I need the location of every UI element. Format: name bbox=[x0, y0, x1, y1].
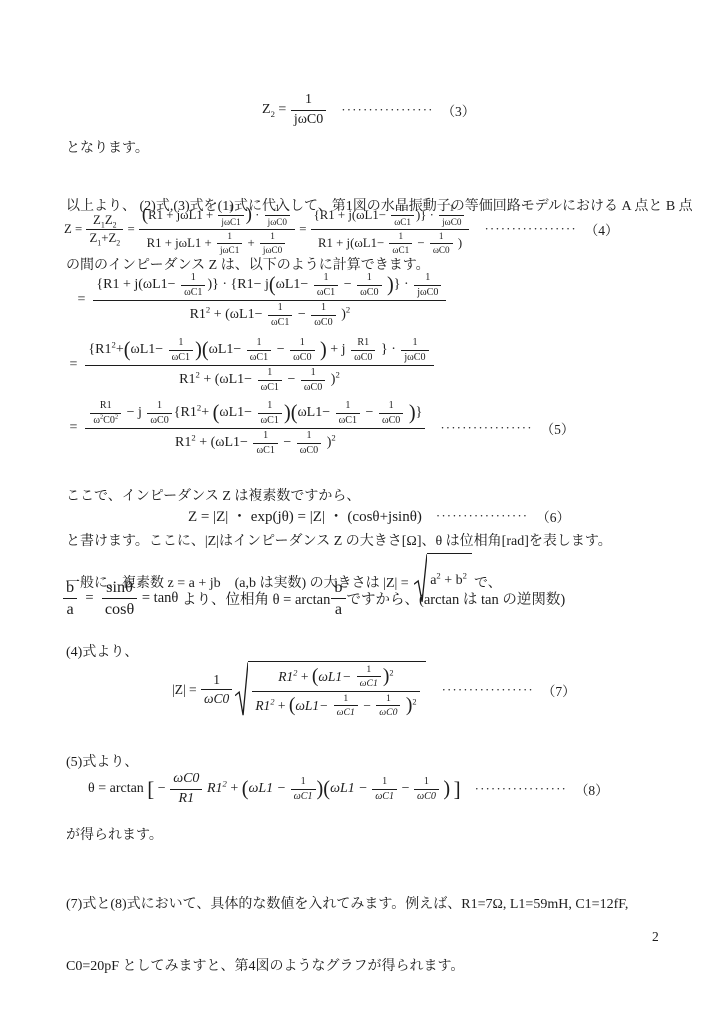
equation-3: Z2 = 1jωC0 ················· （3） bbox=[262, 92, 475, 128]
text-kokode: ここで、インピーダンス Z は複素数ですから、 bbox=[66, 486, 360, 507]
page-number: 2 bbox=[652, 927, 659, 947]
text-from-eq4: (4)式より、 bbox=[66, 642, 138, 663]
equation-6: Z = |Z| ・ exp(jθ) = |Z| ・ (cosθ+jsinθ) ·… bbox=[188, 505, 570, 526]
equation-5-number: （5） bbox=[541, 418, 575, 438]
equation-4b-math: = {R1 + j(ωL1− 1ωC1)} · {R1− j(ωL1− 1ωC1… bbox=[74, 272, 447, 329]
dot-leader: ················· bbox=[440, 420, 532, 436]
equation-3-number: （3） bbox=[442, 100, 476, 120]
equation-4c-math: = {R12+(ωL1− 1ωC1)(ωL1− 1ωC1 − 1ωC0 ) + … bbox=[66, 337, 435, 394]
equation-8-number: （8） bbox=[575, 779, 609, 799]
equation-6-math: Z = |Z| ・ exp(jθ) = |Z| ・ (cosθ+jsinθ) bbox=[188, 505, 422, 526]
equation-7: |Z| = 1ωC0R12 + (ωL1− 1ωC1)2R12 + (ωL1− … bbox=[172, 661, 576, 719]
text-tonarimasu: となります。 bbox=[66, 138, 149, 159]
equation-4-continued: = {R1 + j(ωL1− 1ωC1)} · {R1− j(ωL1− 1ωC1… bbox=[74, 272, 447, 329]
equation-8: θ = arctan [ − ωC0R1 R12 + (ωL1 − 1ωC1)(… bbox=[88, 771, 609, 807]
document-page: Z2 = 1jωC0 ················· （3） となります。 … bbox=[0, 0, 724, 1024]
paragraph-line: (7)式と(8)式において、具体的な数値を入れてみます。例えば、R1=7Ω, L… bbox=[66, 890, 676, 920]
phase-angle-math: ba = sinθcosθ = tanθ より、位相角 θ = arctanba… bbox=[62, 578, 565, 619]
dot-leader: ················· bbox=[484, 221, 576, 237]
equation-5: = R1ω2C02 − j 1ωC0{R12+ (ωL1− 1ωC1)(ωL1−… bbox=[66, 400, 574, 457]
equation-phase-angle: ba = sinθcosθ = tanθ より、位相角 θ = arctanba… bbox=[62, 578, 565, 619]
text-eraremasu: が得られます。 bbox=[66, 825, 163, 846]
equation-8-math: θ = arctan [ − ωC0R1 R12 + (ωL1 − 1ωC1)(… bbox=[88, 771, 461, 807]
equation-7-math: |Z| = 1ωC0R12 + (ωL1− 1ωC1)2R12 + (ωL1− … bbox=[172, 661, 428, 719]
dot-leader: ················· bbox=[436, 508, 528, 524]
equation-4-number: （4） bbox=[585, 219, 619, 239]
equation-7-number: （7） bbox=[542, 680, 576, 700]
equation-4: Z = Z1Z2Z1+Z2 = (R1 + jωL1 + 1jωC1) · 1j… bbox=[64, 203, 619, 256]
equation-3-math: Z2 = 1jωC0 bbox=[262, 92, 327, 128]
paragraph-line: C0=20pF としてみますと、第4図のようなグラフが得られます。 bbox=[66, 952, 676, 982]
equation-4-math: Z = Z1Z2Z1+Z2 = (R1 + jωL1 + 1jωC1) · 1j… bbox=[64, 203, 470, 256]
dot-leader: ················· bbox=[442, 682, 534, 698]
paragraph-example-values: (7)式と(8)式において、具体的な数値を入れてみます。例えば、R1=7Ω, L… bbox=[66, 858, 676, 1014]
dot-leader: ················· bbox=[341, 102, 433, 118]
equation-6-number: （6） bbox=[536, 506, 570, 526]
equation-4-continued-2: = {R12+(ωL1− 1ωC1)(ωL1− 1ωC1 − 1ωC0 ) + … bbox=[66, 337, 435, 394]
equation-5-math: = R1ω2C02 − j 1ωC0{R12+ (ωL1− 1ωC1)(ωL1−… bbox=[66, 400, 426, 457]
text-from-eq5: (5)式より、 bbox=[66, 752, 138, 773]
dot-leader: ················· bbox=[475, 781, 567, 797]
text-kakemasu: と書けます。ここに、|Z|はインピーダンス Z の大きさ[Ω]、θ は位相角[r… bbox=[66, 531, 612, 552]
